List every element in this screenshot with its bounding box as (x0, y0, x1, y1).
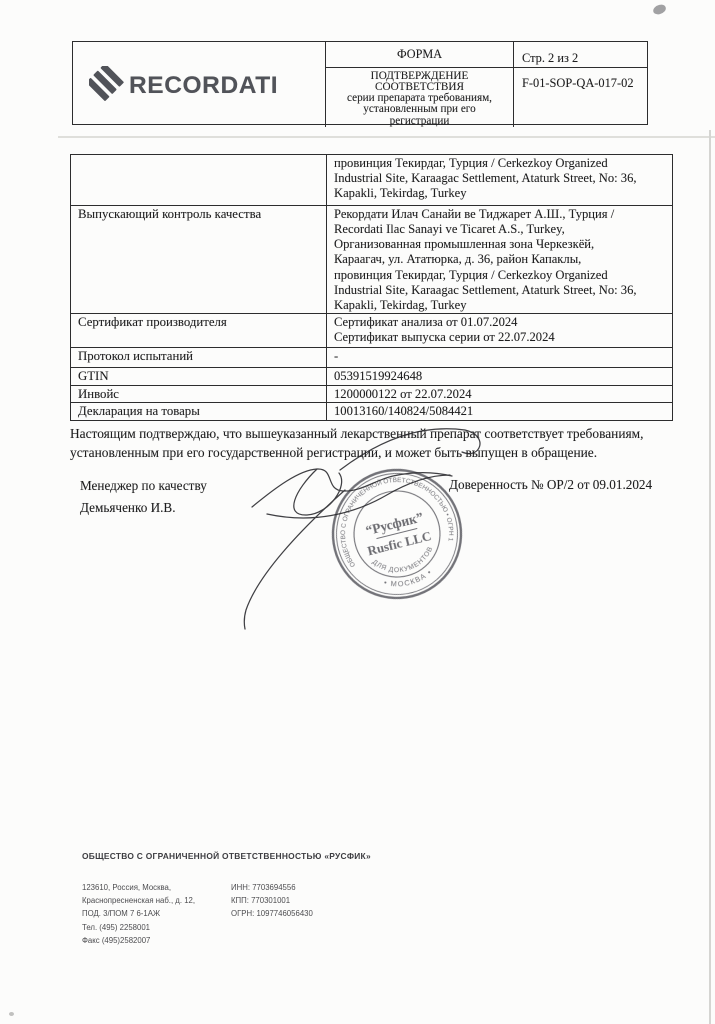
page-number: Стр. 2 из 2 (513, 42, 647, 68)
footer-company-name: ОБЩЕСТВО С ОГРАНИЧЕННОЙ ОТВЕТСТВЕННОСТЬЮ… (82, 851, 371, 861)
details-table: провинция Текирдаг, Турция / Cerkezkoy O… (70, 154, 673, 421)
scan-smudge (652, 4, 667, 16)
row-label: Инвойс (71, 386, 326, 402)
logo-cell: RECORDATI (73, 42, 325, 127)
footer-address: 123610, Россия, Москва, Краснопресненска… (82, 881, 195, 947)
row-label: Декларация на товары (71, 403, 326, 420)
scan-speck (9, 1012, 14, 1016)
table-row: GTIN 05391519924648 (71, 367, 672, 385)
table-row: Сертификат производителя Сертификат анал… (71, 313, 672, 347)
row-label (71, 155, 326, 205)
row-value: Сертификат анализа от 01.07.2024 Сертифи… (326, 314, 672, 347)
row-label: Выпускающий контроль качества (71, 206, 326, 313)
row-value: 10013160/140824/5084421 (326, 403, 672, 420)
signer-role: Менеджер по качеству (80, 478, 207, 494)
row-value: 05391519924648 (326, 368, 672, 385)
form-title: ПОДТВЕРЖДЕНИЕ СООТВЕТСТВИЯ серии препара… (325, 68, 513, 127)
scanned-document-page: RECORDATI ФОРМА Стр. 2 из 2 ПОДТВЕРЖДЕНИ… (0, 0, 715, 1024)
scan-edge-line (709, 130, 711, 1024)
handwritten-signature (225, 420, 495, 635)
header-table: RECORDATI ФОРМА Стр. 2 из 2 ПОДТВЕРЖДЕНИ… (72, 41, 648, 125)
table-row: Выпускающий контроль качества Рекордати … (71, 205, 672, 313)
footer-registration-numbers: ИНН: 7703694556 КПП: 770301001 ОГРН: 109… (231, 881, 313, 921)
row-value: 1200000122 от 22.07.2024 (326, 386, 672, 402)
form-label: ФОРМА (325, 42, 513, 68)
recordati-logo: RECORDATI (89, 66, 307, 102)
row-label: Протокол испытаний (71, 348, 326, 367)
recordati-logo-icon (89, 66, 124, 101)
recordati-logo-text: RECORDATI (129, 72, 278, 99)
doc-code: F-01-SOP-QA-017-02 (513, 68, 647, 127)
row-value: Рекордати Илач Санайи ве Тиджарет А.Ш., … (326, 206, 672, 313)
row-label: GTIN (71, 368, 326, 385)
row-value: провинция Текирдаг, Турция / Cerkezkoy O… (326, 155, 672, 205)
table-row: Декларация на товары 10013160/140824/508… (71, 402, 672, 420)
scan-artifact-line (58, 136, 715, 138)
row-label: Сертификат производителя (71, 314, 326, 347)
table-row: Протокол испытаний - (71, 347, 672, 367)
table-row: Инвойс 1200000122 от 22.07.2024 (71, 385, 672, 402)
row-value: - (326, 348, 672, 367)
signer-name: Демьяченко И.В. (80, 500, 176, 516)
table-row: провинция Текирдаг, Турция / Cerkezkoy O… (71, 155, 672, 205)
